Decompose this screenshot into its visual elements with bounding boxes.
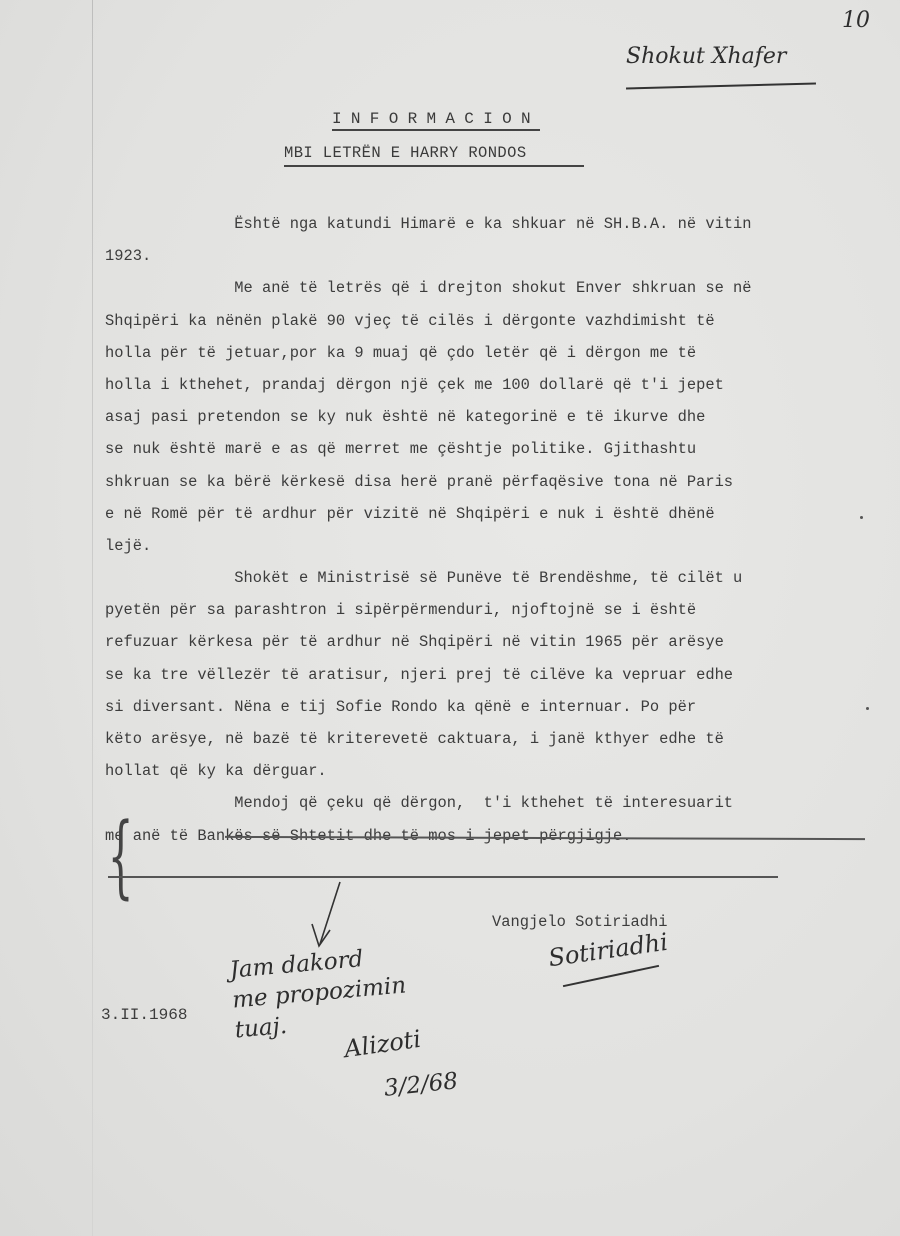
document-title: INFORMACION: [332, 110, 540, 131]
body-line: si diversant. Nëna e tij Sofie Rondo ka …: [105, 691, 900, 723]
margin-brace-mark: {: [108, 812, 134, 902]
handwritten-date: 3/2/68: [383, 1068, 459, 1102]
body-line: refuzuar kërkesa për të ardhur në Shqipë…: [105, 626, 900, 658]
body-line: këto arësye, në bazë të kriterevetë cakt…: [105, 723, 900, 755]
body-line: asaj pasi pretendon se ky nuk është në k…: [105, 401, 900, 433]
body-line: shkruan se ka bërë kërkesë disa herë pra…: [105, 466, 900, 498]
body-line: Është nga katundi Himarë e ka shkuar në …: [105, 208, 900, 240]
arrow-down-icon: [300, 880, 360, 955]
body-line: hollat që ky ka dërguar.: [105, 755, 900, 787]
body-line: lejë.: [105, 530, 900, 562]
body-line: se ka tre vëllezër të aratisur, njeri pr…: [105, 659, 900, 691]
body-line: e në Romë për të ardhur për vizitë në Sh…: [105, 498, 900, 530]
body-line: Shokët e Ministrisë së Punëve të Brendës…: [105, 562, 900, 594]
document-body: Është nga katundi Himarë e ka shkuar në …: [105, 208, 900, 852]
body-line: se nuk është marë e as që merret me çësh…: [105, 433, 900, 465]
body-line: 1923.: [105, 240, 900, 272]
document-page: 10 Shokut Xhafer INFORMACION MBI LETRËN …: [0, 0, 900, 1236]
page-number: 10: [842, 8, 870, 33]
paper-fold-line: [92, 0, 93, 1236]
handwritten-addressee: Shokut Xhafer: [626, 44, 786, 69]
ink-dot: [866, 707, 869, 710]
body-line: Shqipëri ka nënën plakë 90 vjeç të cilës…: [105, 305, 900, 337]
signer-name: Vangjelo Sotiriadhi: [492, 913, 667, 931]
typed-date: 3.II.1968: [101, 1006, 187, 1024]
body-line: holla për të jetuar,por ka 9 muaj që çdo…: [105, 337, 900, 369]
proposal-underline: [108, 876, 778, 878]
document-subtitle: MBI LETRËN E HARRY RONDOS: [284, 144, 584, 167]
body-line: holla i kthehet, prandaj dërgon një çek …: [105, 369, 900, 401]
addressee-underline: [626, 83, 816, 90]
body-line: pyetën për sa parashtron i sipërpërmendu…: [105, 594, 900, 626]
body-line: Me anë të letrës që i drejton shokut Env…: [105, 272, 900, 304]
body-line: Mendoj që çeku që dërgon, t'i kthehet të…: [105, 787, 900, 819]
ink-dot: [860, 516, 863, 519]
